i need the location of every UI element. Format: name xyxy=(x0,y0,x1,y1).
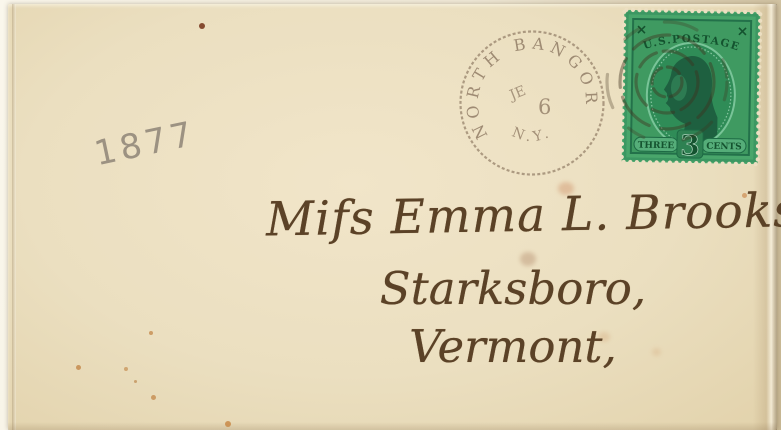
envelope-photo: 1877 Mifs Emma L. Brooks Starksboro, Ver… xyxy=(0,0,781,430)
postmark-date-month: JE xyxy=(506,83,529,105)
postmark-date-day: 6 xyxy=(538,95,551,119)
postmark: NORTH BANGOR N.Y. JE 6 xyxy=(461,32,604,175)
address-recipient-line: Mifs Emma L. Brooks xyxy=(266,184,777,248)
cancel-mark xyxy=(607,22,727,142)
pencil-year-notation: 1877 xyxy=(91,114,200,174)
stamp-numeral-shield xyxy=(677,130,703,158)
stamp-ribbon-left xyxy=(634,137,678,152)
stamp-portrait-oval xyxy=(646,42,736,148)
envelope-front: 1877 Mifs Emma L. Brooks Starksboro, Ver… xyxy=(8,4,777,430)
stamp-denomination-numeral: 3 xyxy=(680,129,700,162)
foxing-spot xyxy=(151,395,156,400)
crease-line xyxy=(12,4,16,430)
portrait-highlight xyxy=(671,75,687,101)
stamp-denomination-word-right: CENTS xyxy=(706,142,742,153)
stamp-corner-ornament xyxy=(739,28,746,35)
stamp-frame xyxy=(631,19,751,155)
foxing-spot xyxy=(76,365,81,370)
foxing-spot xyxy=(134,380,137,383)
stamp-ribbon-right xyxy=(702,138,746,153)
stamp-denomination-word-left: THREE xyxy=(638,141,675,152)
postmark-state-text: N.Y. xyxy=(510,124,555,145)
postmark-town-text: NORTH BANGOR xyxy=(462,33,601,142)
foxing-spot xyxy=(225,421,231,427)
address-town-line: Starksboro, xyxy=(318,262,708,315)
postage-stamp: U.S.POSTAGE THREE 3 CENTS xyxy=(620,8,763,167)
address-state-line: Vermont, xyxy=(328,320,698,373)
stamp-perforations xyxy=(620,8,763,167)
foxing-spot xyxy=(124,367,128,371)
stamp-corner-ornament xyxy=(638,26,645,33)
postmark-circle xyxy=(461,32,604,175)
washington-portrait xyxy=(663,56,718,141)
stamp-top-text: U.S.POSTAGE xyxy=(642,32,742,54)
paper-bottom-edge xyxy=(8,422,777,430)
foxing-spot xyxy=(199,23,205,29)
foxing-spot xyxy=(149,331,153,335)
